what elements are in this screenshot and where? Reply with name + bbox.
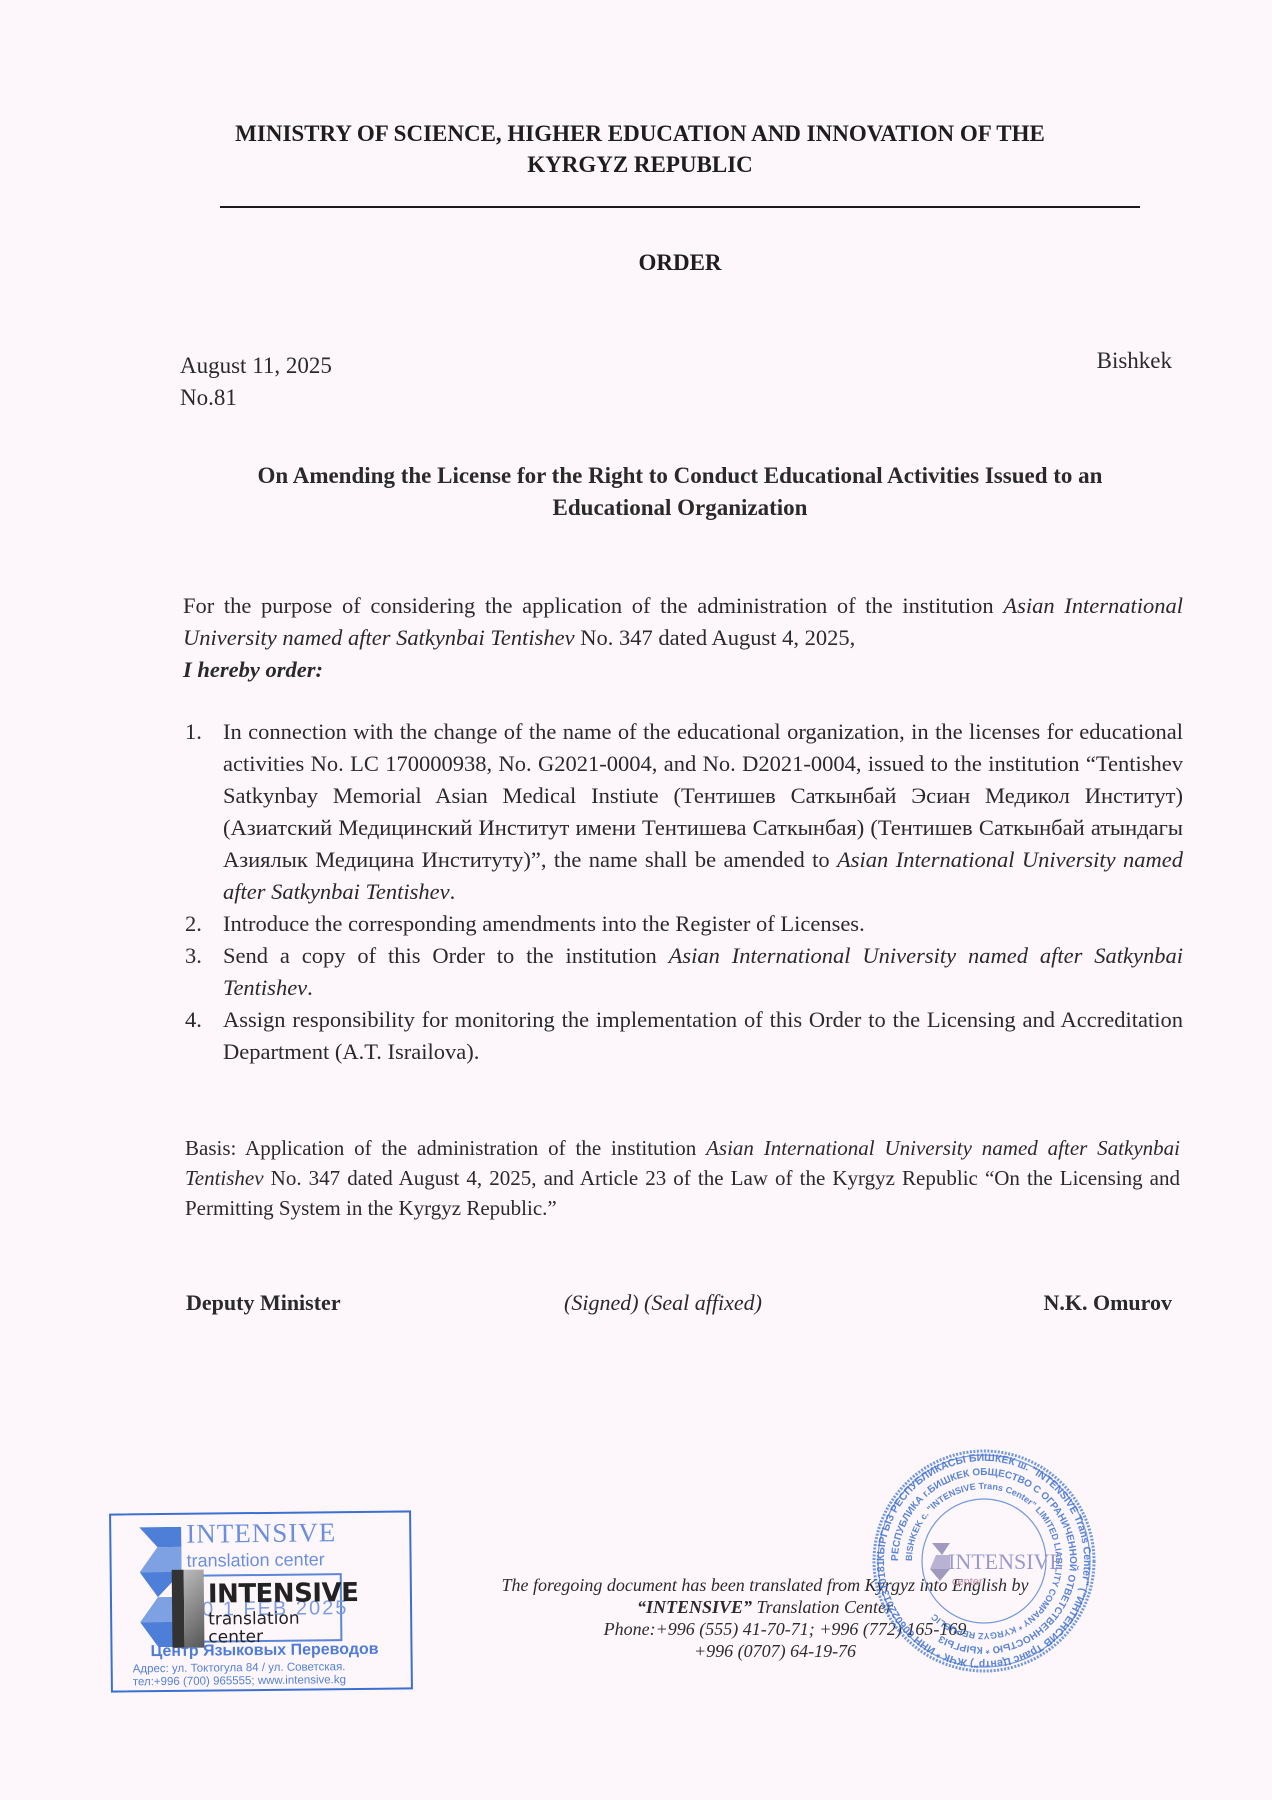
subject-line-2: Educational Organization [190, 492, 1170, 524]
order-city: Bishkek [1097, 348, 1172, 374]
seal-brand: INTENSIVE [948, 1549, 1063, 1574]
item-number: 2. [185, 908, 202, 940]
intro-text: For the purpose of considering the appli… [183, 593, 1003, 618]
stamp-russian-name: Центр Языковых Переводов [150, 1641, 378, 1661]
document-type: ORDER [0, 250, 1272, 276]
header-divider [220, 206, 1140, 208]
order-item: 4. Assign responsibility for monitoring … [183, 1004, 1183, 1068]
seal-brand-sub: center [952, 1576, 983, 1588]
intro-paragraph: For the purpose of considering the appli… [183, 590, 1183, 686]
basis-text: Basis: Application of the administration… [185, 1136, 706, 1160]
order-date: August 11, 2025 [180, 350, 332, 382]
signatory-role: Deputy Minister [186, 1290, 341, 1316]
seal-zigzag-icon [930, 1543, 950, 1581]
stamp-phone: тел:+996 (700) 965555; www.intensive.kg [133, 1674, 346, 1688]
item-number: 4. [185, 1004, 202, 1036]
intensive-logo: INTENSIVE translation center [172, 1568, 333, 1650]
round-company-seal: КЫРГЫЗ РЕСПУБЛИКАСЫ БИШКЕК ш. "INTENSIVE… [870, 1447, 1098, 1675]
order-subject: On Amending the License for the Right to… [190, 460, 1170, 524]
basis-paragraph: Basis: Application of the administration… [185, 1133, 1180, 1223]
order-number: No.81 [180, 382, 332, 414]
translation-center-stamp: INTENSIVE translation center 0 1 FEB 202… [109, 1510, 413, 1692]
stamp-address: Адрес: ул. Токтогула 84 / ул. Советская. [133, 1661, 346, 1675]
ministry-line-2: KYRGYZ REPUBLIC [200, 149, 1080, 180]
item-number: 3. [185, 940, 202, 972]
signatory-name: N.K. Omurov [1043, 1290, 1172, 1316]
signature-mark: (Signed) (Seal affixed) [564, 1290, 762, 1316]
subject-line-1: On Amending the License for the Right to… [190, 460, 1170, 492]
ministry-header: MINISTRY OF SCIENCE, HIGHER EDUCATION AN… [200, 118, 1080, 180]
item-number: 1. [185, 716, 202, 748]
ministry-line-1: MINISTRY OF SCIENCE, HIGHER EDUCATION AN… [200, 118, 1080, 149]
item-text: Send a copy of this Order to the institu… [223, 943, 669, 968]
logo-triangle-icon [184, 1570, 205, 1648]
item-text: Introduce the corresponding amendments i… [223, 911, 865, 936]
translation-center-name: “INTENSIVE” [637, 1597, 752, 1617]
order-item: 2. Introduce the corresponding amendment… [183, 908, 1183, 940]
seal-graphic: КЫРГЫЗ РЕСПУБЛИКАСЫ БИШКЕК ш. "INTENSIVE… [870, 1447, 1098, 1675]
order-item: 3. Send a copy of this Order to the inst… [183, 940, 1183, 1004]
order-command: I hereby order: [183, 657, 323, 682]
item-text: Assign responsibility for monitoring the… [223, 1007, 1183, 1064]
item-text-after: . [450, 879, 456, 904]
order-items: 1. In connection with the change of the … [183, 716, 1183, 1068]
item-text-after: . [307, 975, 313, 1000]
order-meta: August 11, 2025 No.81 [180, 350, 332, 414]
order-item: 1. In connection with the change of the … [183, 716, 1183, 908]
stamp-brand: INTENSIVE [186, 1517, 336, 1550]
basis-text-after: No. 347 dated August 4, 2025, and Articl… [185, 1166, 1180, 1220]
intro-text-after: No. 347 dated August 4, 2025, [575, 625, 856, 650]
logo-title: INTENSIVE [208, 1578, 359, 1610]
logo-bar-icon [172, 1570, 185, 1648]
